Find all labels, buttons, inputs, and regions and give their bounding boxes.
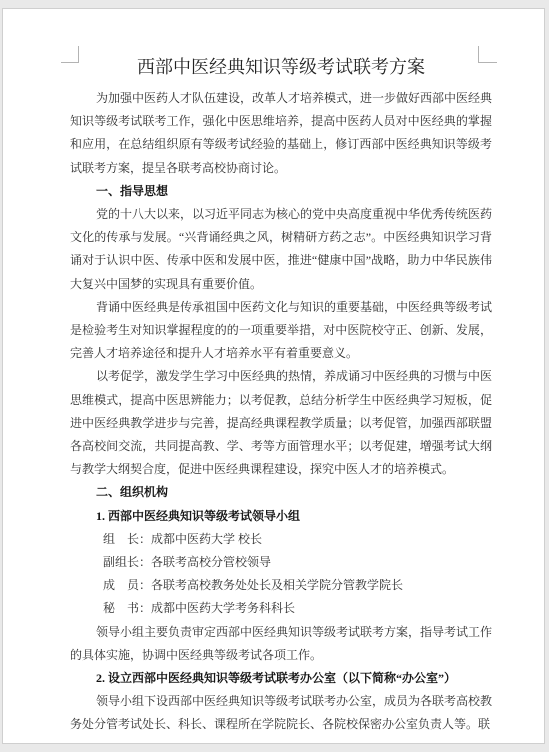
document-title: 西部中医经典知识等级考试联考方案 — [70, 54, 492, 80]
paragraph-office-members: 领导小组下设西部中医经典知识等级考试联考办公室，成员为各联考高校教务处分管考试处… — [70, 690, 492, 736]
role-line-secretary: 秘 书：成都中医药大学考务科科长 — [103, 597, 492, 620]
role-line-deputy-leader: 副组长：各联考高校分管校领导 — [103, 551, 492, 574]
paragraph-group-duties: 领导小组主要负责审定西部中医经典知识等级考试联考方案，指导考试工作的具体实施，协… — [70, 621, 492, 667]
paragraph-guiding-1: 党的十八大以来，以习近平同志为核心的党中央高度重视中华优秀传统医药文化的传承与发… — [70, 203, 492, 296]
paragraph-guiding-2: 背诵中医经典是传承祖国中医药文化与知识的重要基础，中医经典等级考试是检验考生对知… — [70, 296, 492, 366]
section-heading-2: 二、组织机构 — [70, 481, 492, 504]
paragraph-guiding-3: 以考促学，激发学生学习中医经典的热情，养成诵习中医经典的习惯与中医思维模式，提高… — [70, 365, 492, 481]
role-line-leader: 组 长：成都中医药大学 校长 — [103, 528, 492, 551]
role-line-members: 成 员：各联考高校教务处处长及相关学院分管教学院长 — [103, 574, 492, 597]
sub-heading-leading-group: 1. 西部中医经典知识等级考试领导小组 — [70, 505, 492, 528]
paragraph-intro: 为加强中医药人才队伍建设，改革人才培养模式，进一步做好西部中医经典知识等级考试联… — [70, 87, 492, 180]
section-heading-1: 一、指导思想 — [70, 180, 492, 203]
sub-heading-office: 2. 设立西部中医经典知识等级考试联考办公室（以下简称“办公室”） — [70, 667, 492, 690]
document-body[interactable]: 西部中医经典知识等级考试联考方案 为加强中医药人才队伍建设，改革人才培养模式，进… — [70, 54, 492, 737]
